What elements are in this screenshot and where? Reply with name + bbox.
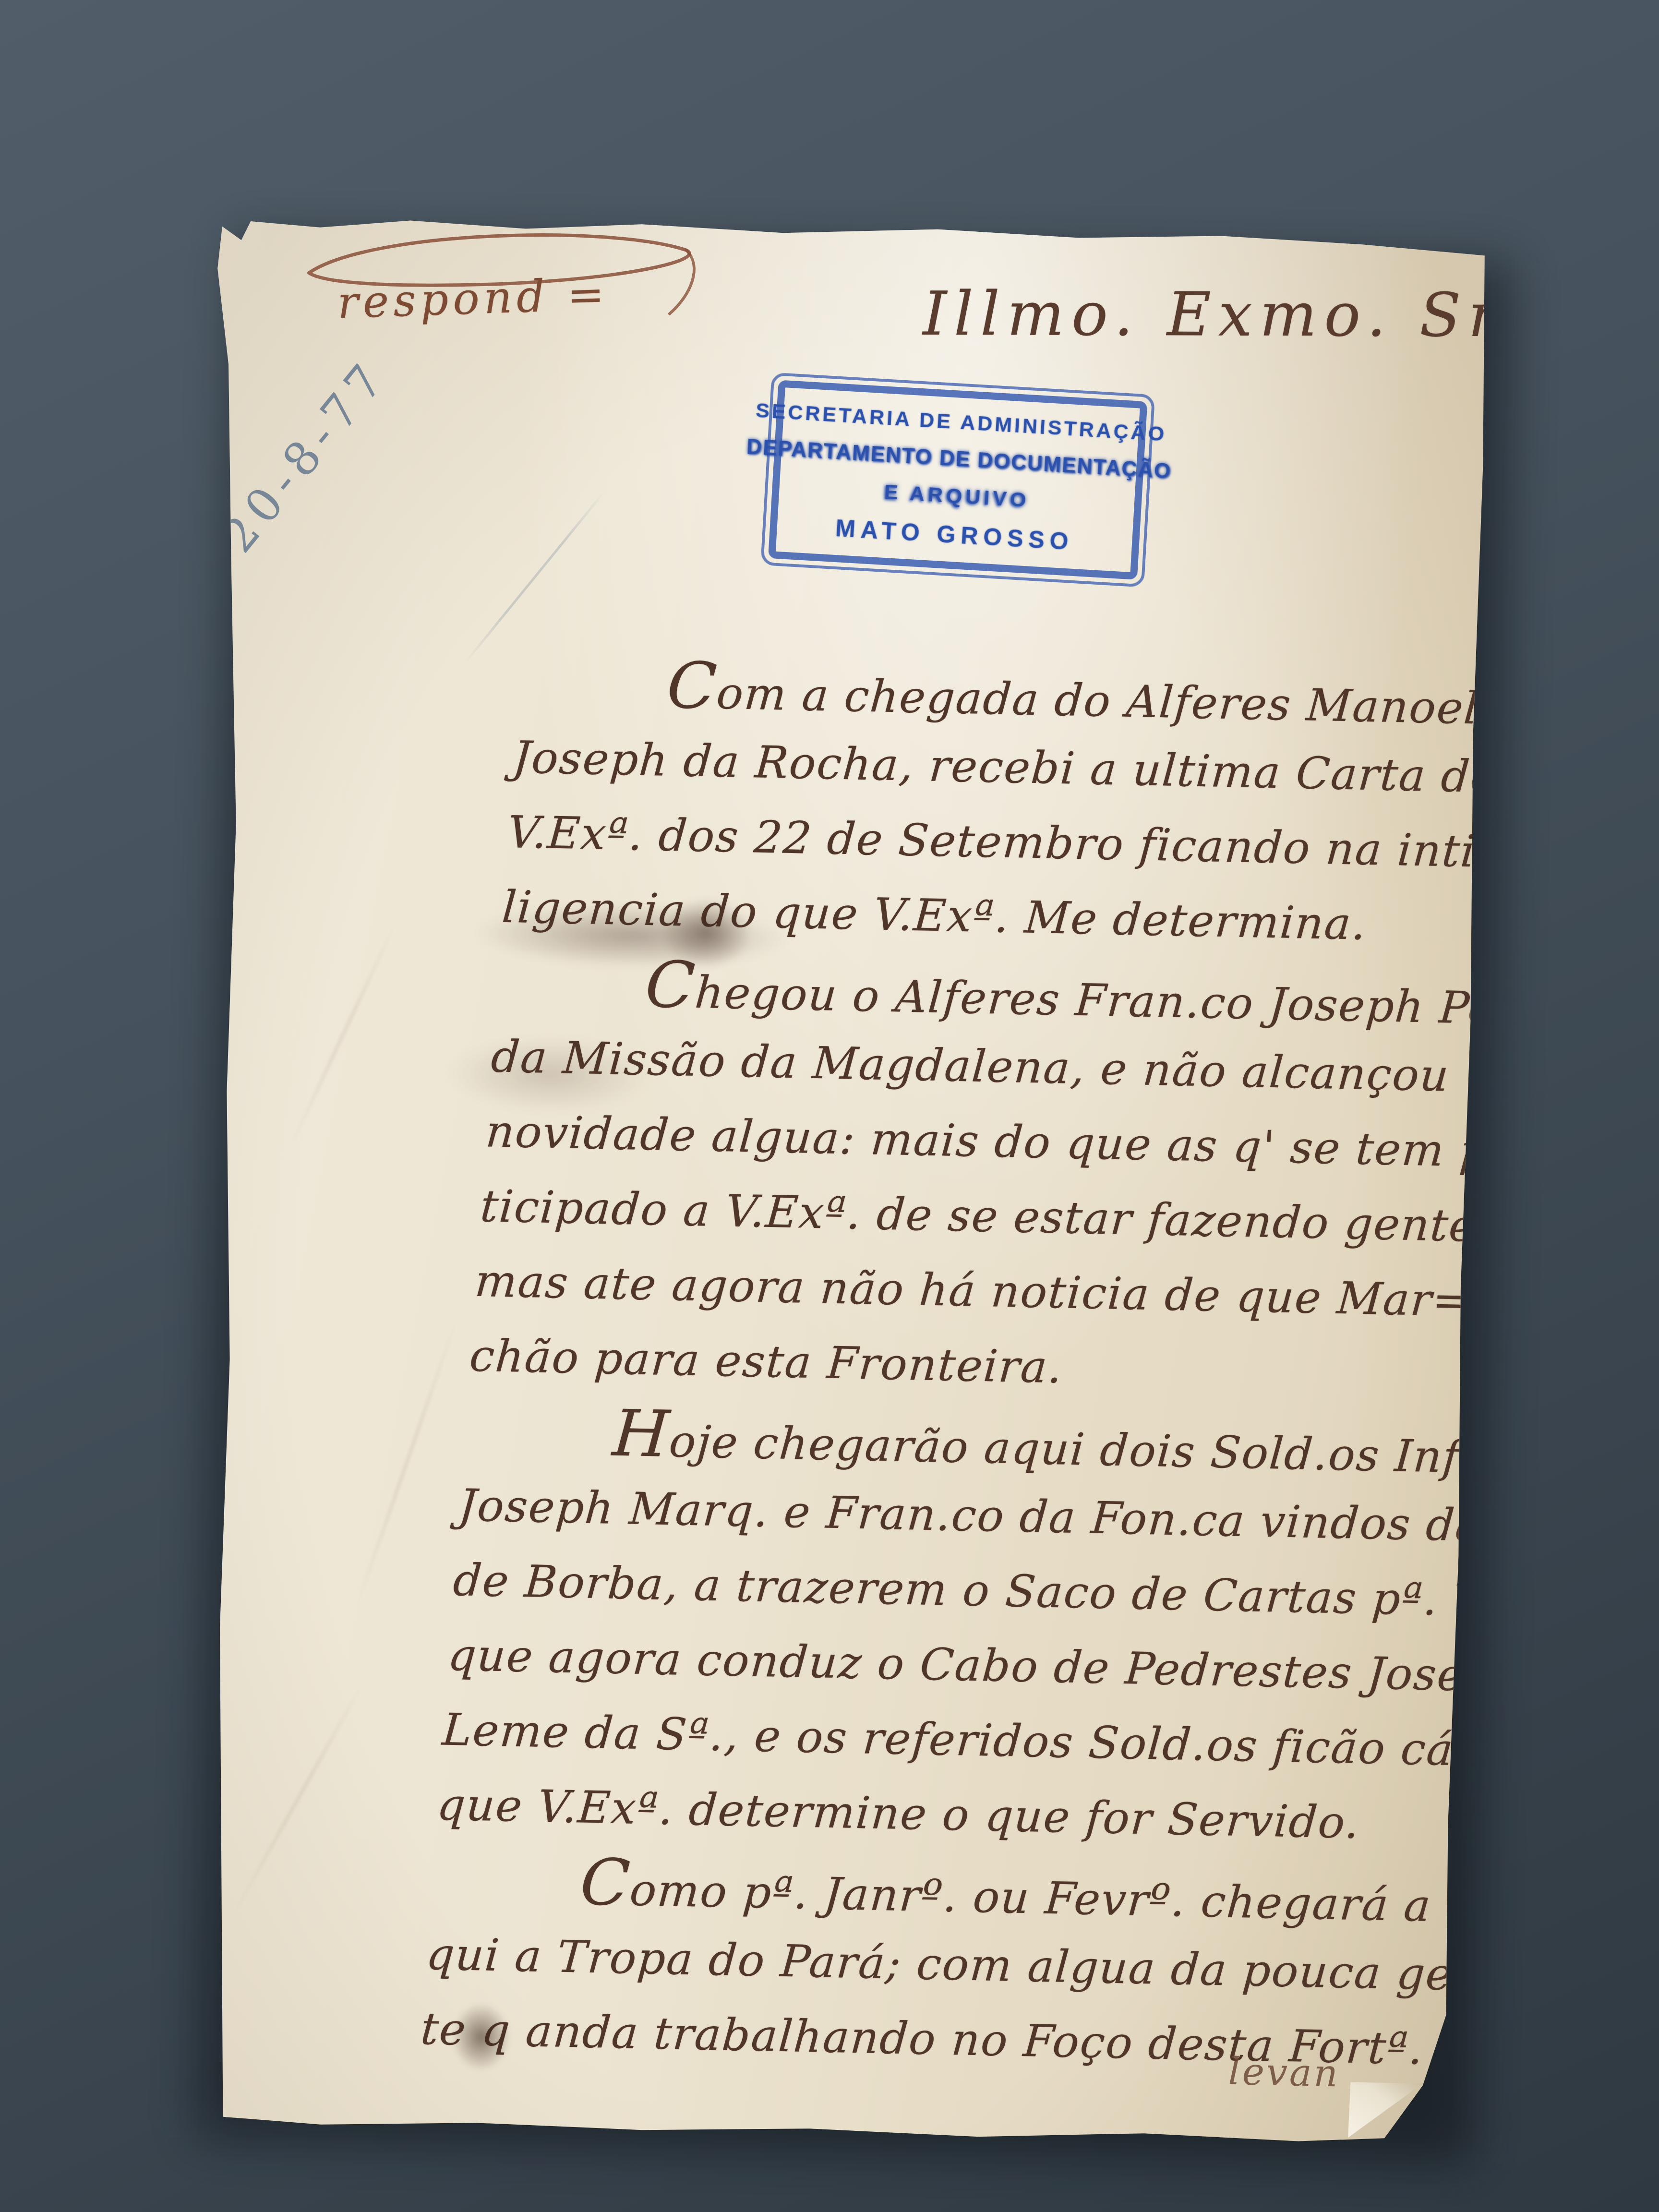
showthrough-stain (289, 921, 397, 1148)
pencil-date-annotation: 20-8-77 (211, 349, 398, 563)
photo-backdrop: { "document": { "annotations": { "respon… (0, 0, 1659, 2212)
showthrough-stain (355, 1318, 458, 1609)
archive-stamp: SECRETARIA DE ADMINISTRAÇÃO DEPARTAMENTO… (760, 373, 1155, 588)
catchword: levan (1228, 2050, 1340, 2096)
salutation-line: Illmo. Exmo. Sr. (923, 278, 1524, 350)
archive-stamp-border: SECRETARIA DE ADMINISTRAÇÃO DEPARTAMENTO… (768, 380, 1147, 579)
pencil-stroke (464, 491, 605, 664)
stamp-line-mato-grosso: MATO GROSSO (835, 514, 1074, 556)
response-annotation: respond = (337, 268, 610, 328)
stamp-line-arquivo: E ARQUIVO (884, 480, 1030, 512)
showthrough-stain (232, 1679, 366, 1915)
manuscript-page: respond = 20-8-77 Illmo. Exmo. Sr. SECRE… (166, 211, 1491, 2149)
